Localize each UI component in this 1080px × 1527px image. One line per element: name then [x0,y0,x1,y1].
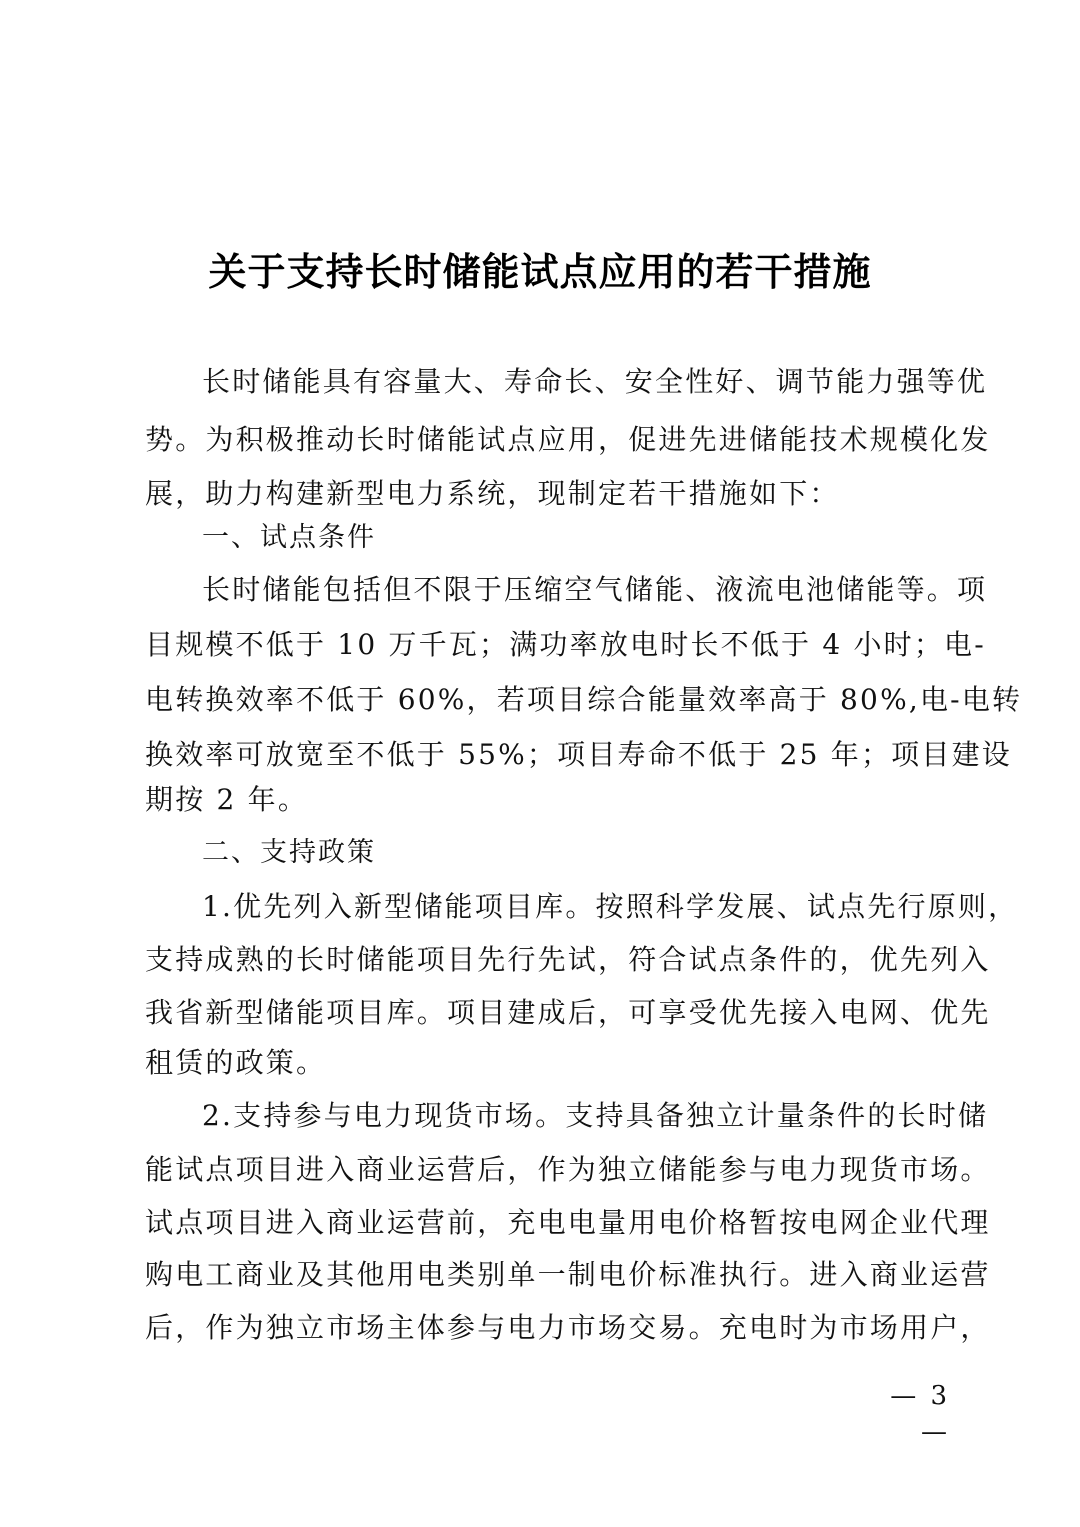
policy-1-line-2: 支持成熟的长时储能项目先行先试，符合试点条件的，优先列入 [145,940,945,980]
document-page: 关于支持长时储能试点应用的若干措施 长时储能具有容量大、寿命长、安全性好、调节能… [0,0,1080,1527]
section-1-line-2: 目规模不低于 10 万千瓦；满功率放电时长不低于 4 小时；电- [145,625,945,665]
section-1-line-4: 换效率可放宽至不低于 55%；项目寿命不低于 25 年；项目建设 [145,735,945,775]
section-1-line-5: 期按 2 年。 [145,780,945,820]
policy-1-line-1: 1.优先列入新型储能项目库。按照科学发展、试点先行原则， [202,887,945,927]
intro-line-1: 长时储能具有容量大、寿命长、安全性好、调节能力强等优 [202,362,945,402]
intro-line-3: 展，助力构建新型电力系统，现制定若干措施如下： [145,474,945,514]
policy-1-line-3: 我省新型储能项目库。项目建成后，可享受优先接入电网、优先 [145,993,945,1033]
section-1-line-1: 长时储能包括但不限于压缩空气储能、液流电池储能等。项 [202,570,945,610]
policy-2-line-4: 购电工商业及其他用电类别单一制电价标准执行。进入商业运营 [145,1255,945,1295]
section-1-line-3: 电转换效率不低于 60%，若项目综合能量效率高于 80%,电-电转 [145,680,945,720]
page-number: — 3 — [850,1378,950,1450]
policy-2-line-5: 后，作为独立市场主体参与电力市场交易。充电时为市场用户， [145,1308,945,1348]
policy-2-line-2: 能试点项目进入商业运营后，作为独立储能参与电力现货市场。 [145,1150,945,1190]
policy-1-line-4: 租赁的政策。 [145,1043,945,1083]
policy-2-line-3: 试点项目进入商业运营前，充电电量用电价格暂按电网企业代理 [145,1203,945,1243]
document-title: 关于支持长时储能试点应用的若干措施 [0,244,1080,300]
section-heading-trial-conditions: 一、试点条件 [202,518,376,558]
section-heading-support-policy: 二、支持政策 [202,833,376,873]
policy-2-line-1: 2.支持参与电力现货市场。支持具备独立计量条件的长时储 [202,1096,945,1136]
intro-line-2: 势。为积极推动长时储能试点应用，促进先进储能技术规模化发 [145,420,945,460]
